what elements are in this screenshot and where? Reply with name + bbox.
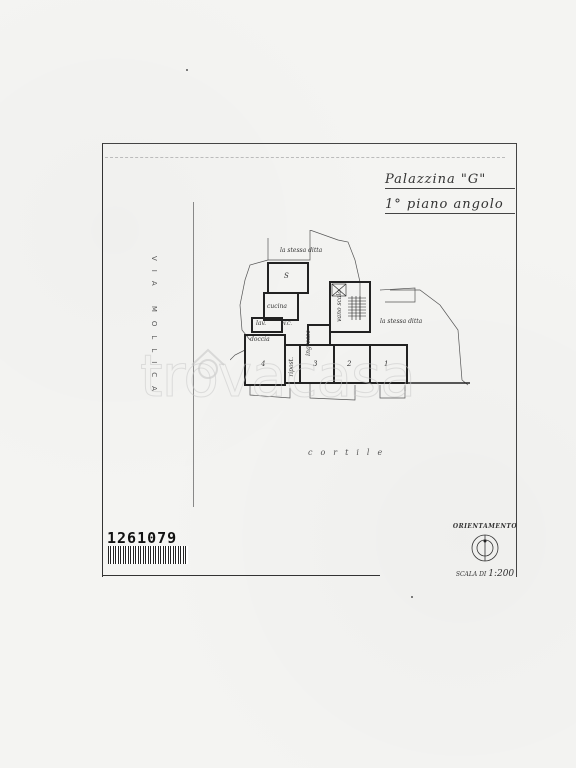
label-laundry: lav. — [256, 320, 266, 327]
label-room-3: 3 — [313, 360, 317, 368]
label-wc: W.C. — [281, 321, 292, 327]
label-room-4: 4 — [261, 360, 265, 368]
courtyard-label: cortile — [308, 448, 390, 457]
label-entrance: ingresso — [305, 330, 312, 356]
label-kitchen: cucina — [267, 303, 287, 310]
frame-inner-line — [105, 157, 505, 158]
watermark-house-icon — [188, 345, 228, 385]
speck — [186, 69, 188, 71]
reference-number: 1261079 — [107, 529, 177, 547]
title-block: Palazzina "G" 1° piano angolo — [385, 172, 515, 222]
label-stairwell: vano scala — [336, 290, 343, 322]
orientation-label: ORIENTAMENTO — [440, 523, 530, 530]
scale-prefix: SCALA DI — [456, 571, 486, 578]
label-neighbour-right: la stessa ditta — [380, 318, 422, 325]
scale-value: 1:200 — [488, 569, 514, 579]
speck — [411, 596, 413, 598]
orientation-block: ORIENTAMENTO SCALA DI 1:200 — [440, 523, 530, 579]
label-shower: doccia — [250, 336, 270, 343]
label-room-2: 2 — [347, 360, 351, 368]
street-label: Via Mollica — [150, 256, 158, 400]
floor-title: 1° piano angolo — [385, 197, 515, 214]
scale-label: SCALA DI 1:200 — [440, 569, 530, 579]
frame-bottom-line — [102, 575, 380, 576]
label-storage: ripost. — [288, 357, 295, 377]
barcode — [108, 546, 188, 564]
compass-icon — [470, 533, 500, 563]
building-title: Palazzina "G" — [385, 172, 515, 189]
label-neighbour-top: la stessa ditta — [280, 247, 322, 254]
label-room-s: S — [284, 272, 289, 280]
label-room-1: 1 — [384, 360, 388, 368]
